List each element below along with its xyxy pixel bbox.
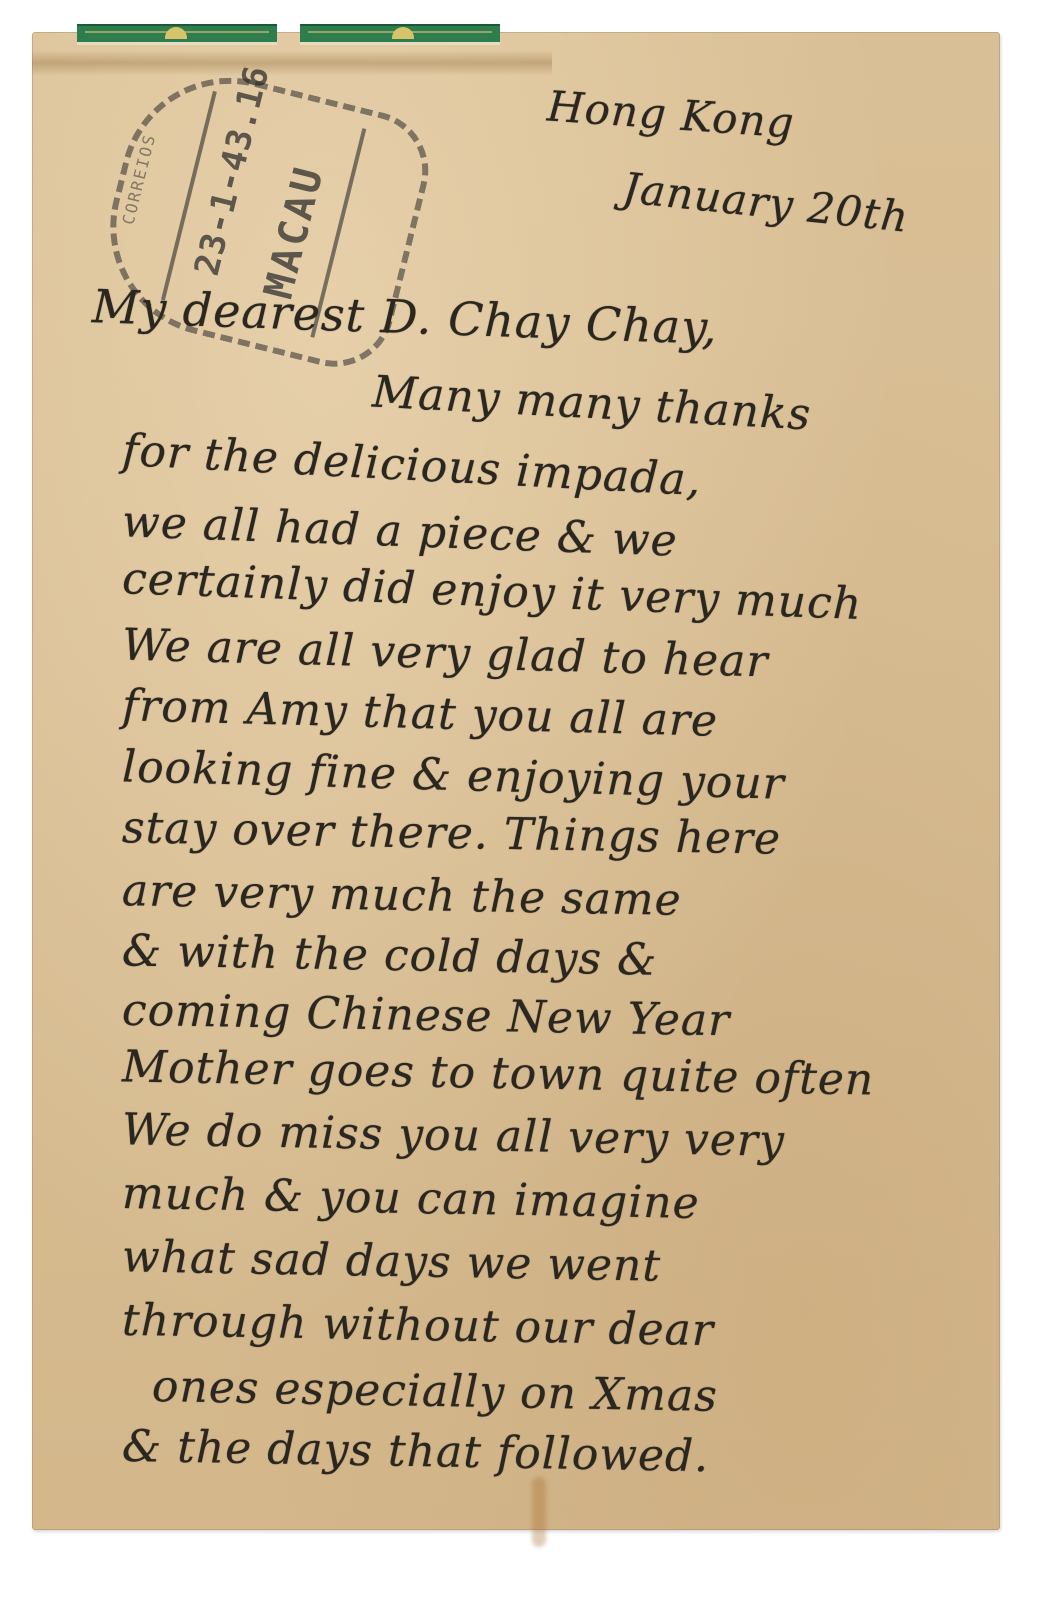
letter-place: Hong Kong <box>546 85 796 144</box>
letter-date: January 20th <box>621 167 911 239</box>
letter-line: Many many thanks <box>371 371 812 438</box>
letter-line: & the days that followed. <box>122 1425 710 1479</box>
letter-line: We do miss you all very very <box>122 1108 786 1164</box>
letter-line: We are all very glad to hear <box>122 624 769 685</box>
letter-line: are very much the same <box>122 869 682 923</box>
letter-line: coming Chinese New Year <box>122 989 731 1044</box>
letter-line: we all had a piece & we <box>121 500 678 563</box>
letter-line: much & you can imagine <box>122 1172 700 1226</box>
postage-stamp <box>300 24 500 45</box>
postage-stamp <box>77 24 277 45</box>
letter-line: from Amy that you all are <box>122 684 719 744</box>
letter-line: through without our dear <box>122 1299 715 1353</box>
letter-line: Mother goes to town quite often <box>122 1045 875 1102</box>
letter-line: certainly did enjoy it very much <box>121 557 862 627</box>
letter-line: stay over there. Things here <box>122 806 782 861</box>
letter-line: looking fine & enjoying your <box>122 745 786 806</box>
paper-stain <box>32 50 552 76</box>
postcard: CORREIOS 23-1-43.16 MACAU Hong Kong Janu… <box>32 32 1000 1530</box>
letter-line: ones especially on Xmas <box>152 1365 719 1419</box>
letter-line: & with the cold days & <box>122 929 658 982</box>
paper-stain <box>532 1477 546 1547</box>
stamp-emblem-icon <box>392 27 414 39</box>
letter-greeting: My dearest D. Chay Chay, <box>91 283 718 351</box>
stamp-emblem-icon <box>165 27 187 39</box>
letter-line: for the delicious impada, <box>121 429 702 503</box>
letter-line: what sad days we went <box>122 1235 662 1288</box>
